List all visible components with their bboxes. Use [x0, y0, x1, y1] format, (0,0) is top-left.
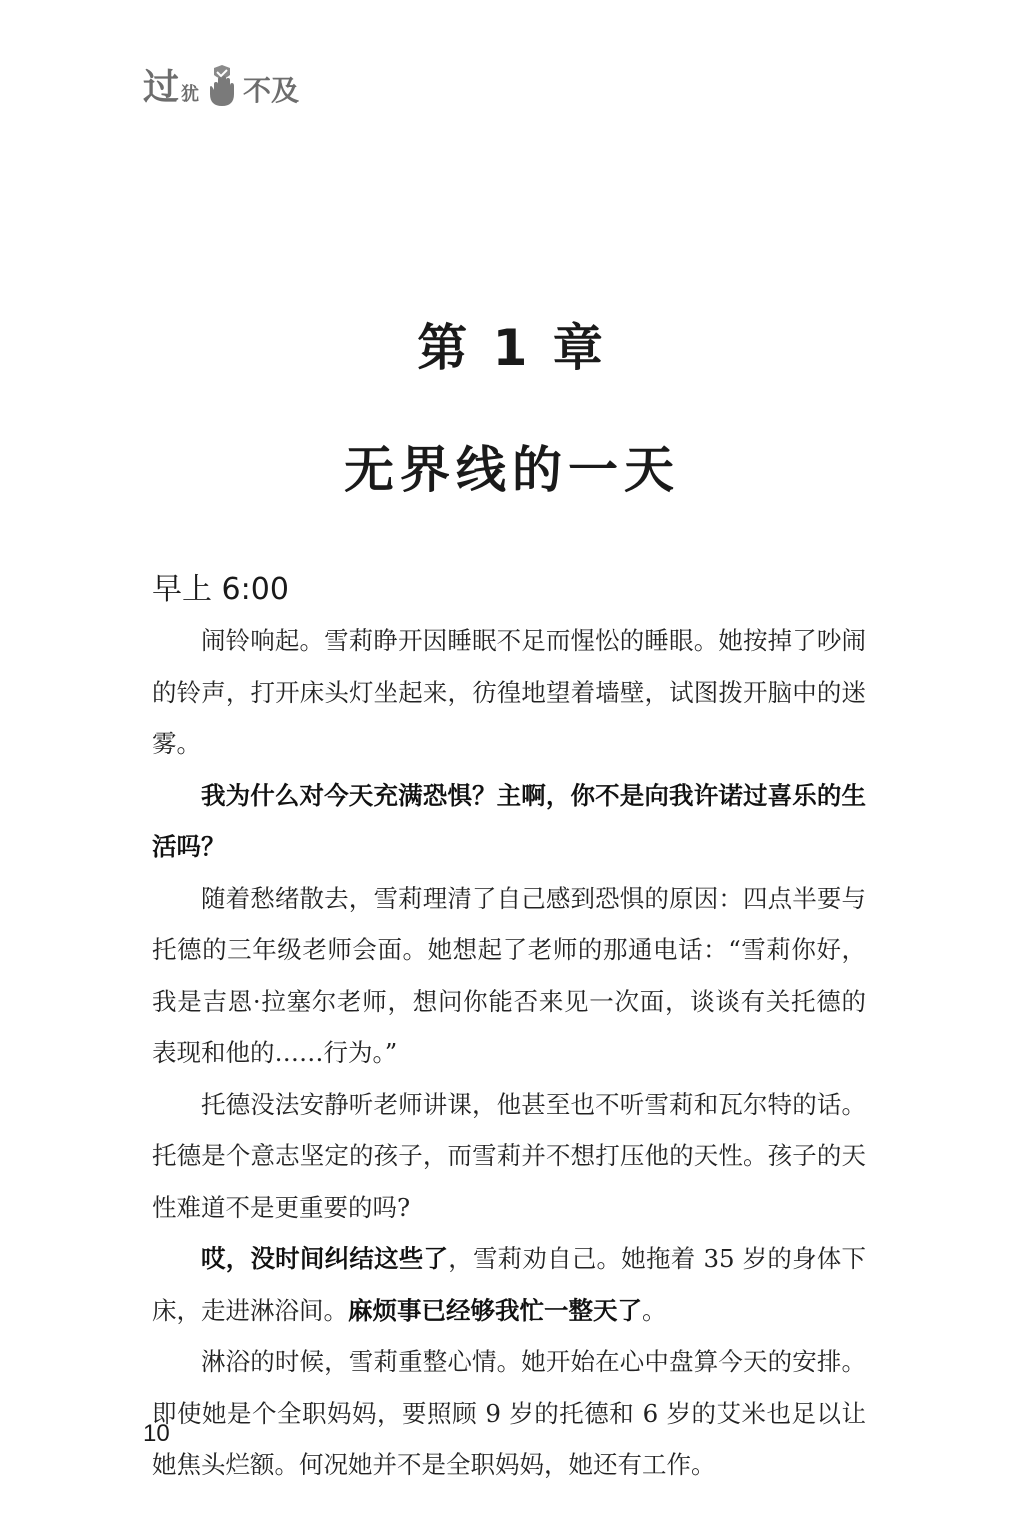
text-segment: 。 [642, 1296, 667, 1325]
text-segment: 随着愁绪散去，雪莉理清了自己感到恐惧的原因：四点半要与托德的三年级老师会面。她想… [152, 884, 866, 1068]
hand-shield-icon [205, 64, 239, 108]
paragraph: 随着愁绪散去，雪莉理清了自己感到恐惧的原因：四点半要与托德的三年级老师会面。她想… [152, 873, 866, 1079]
section-heading: 早上 6:00 [152, 564, 289, 608]
paragraph: 闹铃响起。雪莉睁开因睡眠不足而惺忪的睡眼。她按掉了吵闹的铃声，打开床头灯坐起来，… [152, 615, 866, 770]
paragraph: 我为什么对今天充满恐惧？主啊，你不是向我许诺过喜乐的生活吗？ [152, 770, 866, 873]
hand-icon [205, 64, 239, 108]
bold-text-segment: 我为什么对今天充满恐惧？主啊，你不是向我许诺过喜乐的生活吗？ [152, 781, 866, 862]
text-segment: 托德没法安静听老师讲课，他甚至也不听雪莉和瓦尔特的话。托德是个意志坚定的孩子，而… [152, 1090, 866, 1222]
body-text: 闹铃响起。雪莉睁开因睡眠不足而惺忪的睡眼。她按掉了吵闹的铃声，打开床头灯坐起来，… [152, 615, 866, 1491]
running-header-char-3: 不及 [243, 74, 299, 108]
running-header: 过 犹 不及 [143, 64, 299, 108]
chapter-title: 无界线的一天 [0, 430, 1024, 502]
running-header-char-2: 犹 [181, 84, 199, 106]
paragraph: 哎，没时间纠结这些了，雪莉劝自己。她拖着 35 岁的身体下床，走进淋浴间。麻烦事… [152, 1233, 866, 1336]
running-header-char-1: 过 [143, 68, 179, 108]
paragraph: 淋浴的时候，雪莉重整心情。她开始在心中盘算今天的安排。即使她是个全职妈妈，要照顾… [152, 1336, 866, 1491]
chapter-number: 第 1 章 [0, 308, 1024, 380]
bold-text-segment: 哎，没时间纠结这些了 [201, 1244, 448, 1273]
text-segment: 淋浴的时候，雪莉重整心情。她开始在心中盘算今天的安排。即使她是个全职妈妈，要照顾… [152, 1347, 866, 1479]
page-number: 10 [143, 1420, 170, 1448]
bold-text-segment: 麻烦事已经够我忙一整天了 [348, 1296, 642, 1325]
text-segment: 闹铃响起。雪莉睁开因睡眠不足而惺忪的睡眼。她按掉了吵闹的铃声，打开床头灯坐起来，… [152, 626, 866, 758]
paragraph: 托德没法安静听老师讲课，他甚至也不听雪莉和瓦尔特的话。托德是个意志坚定的孩子，而… [152, 1079, 866, 1234]
